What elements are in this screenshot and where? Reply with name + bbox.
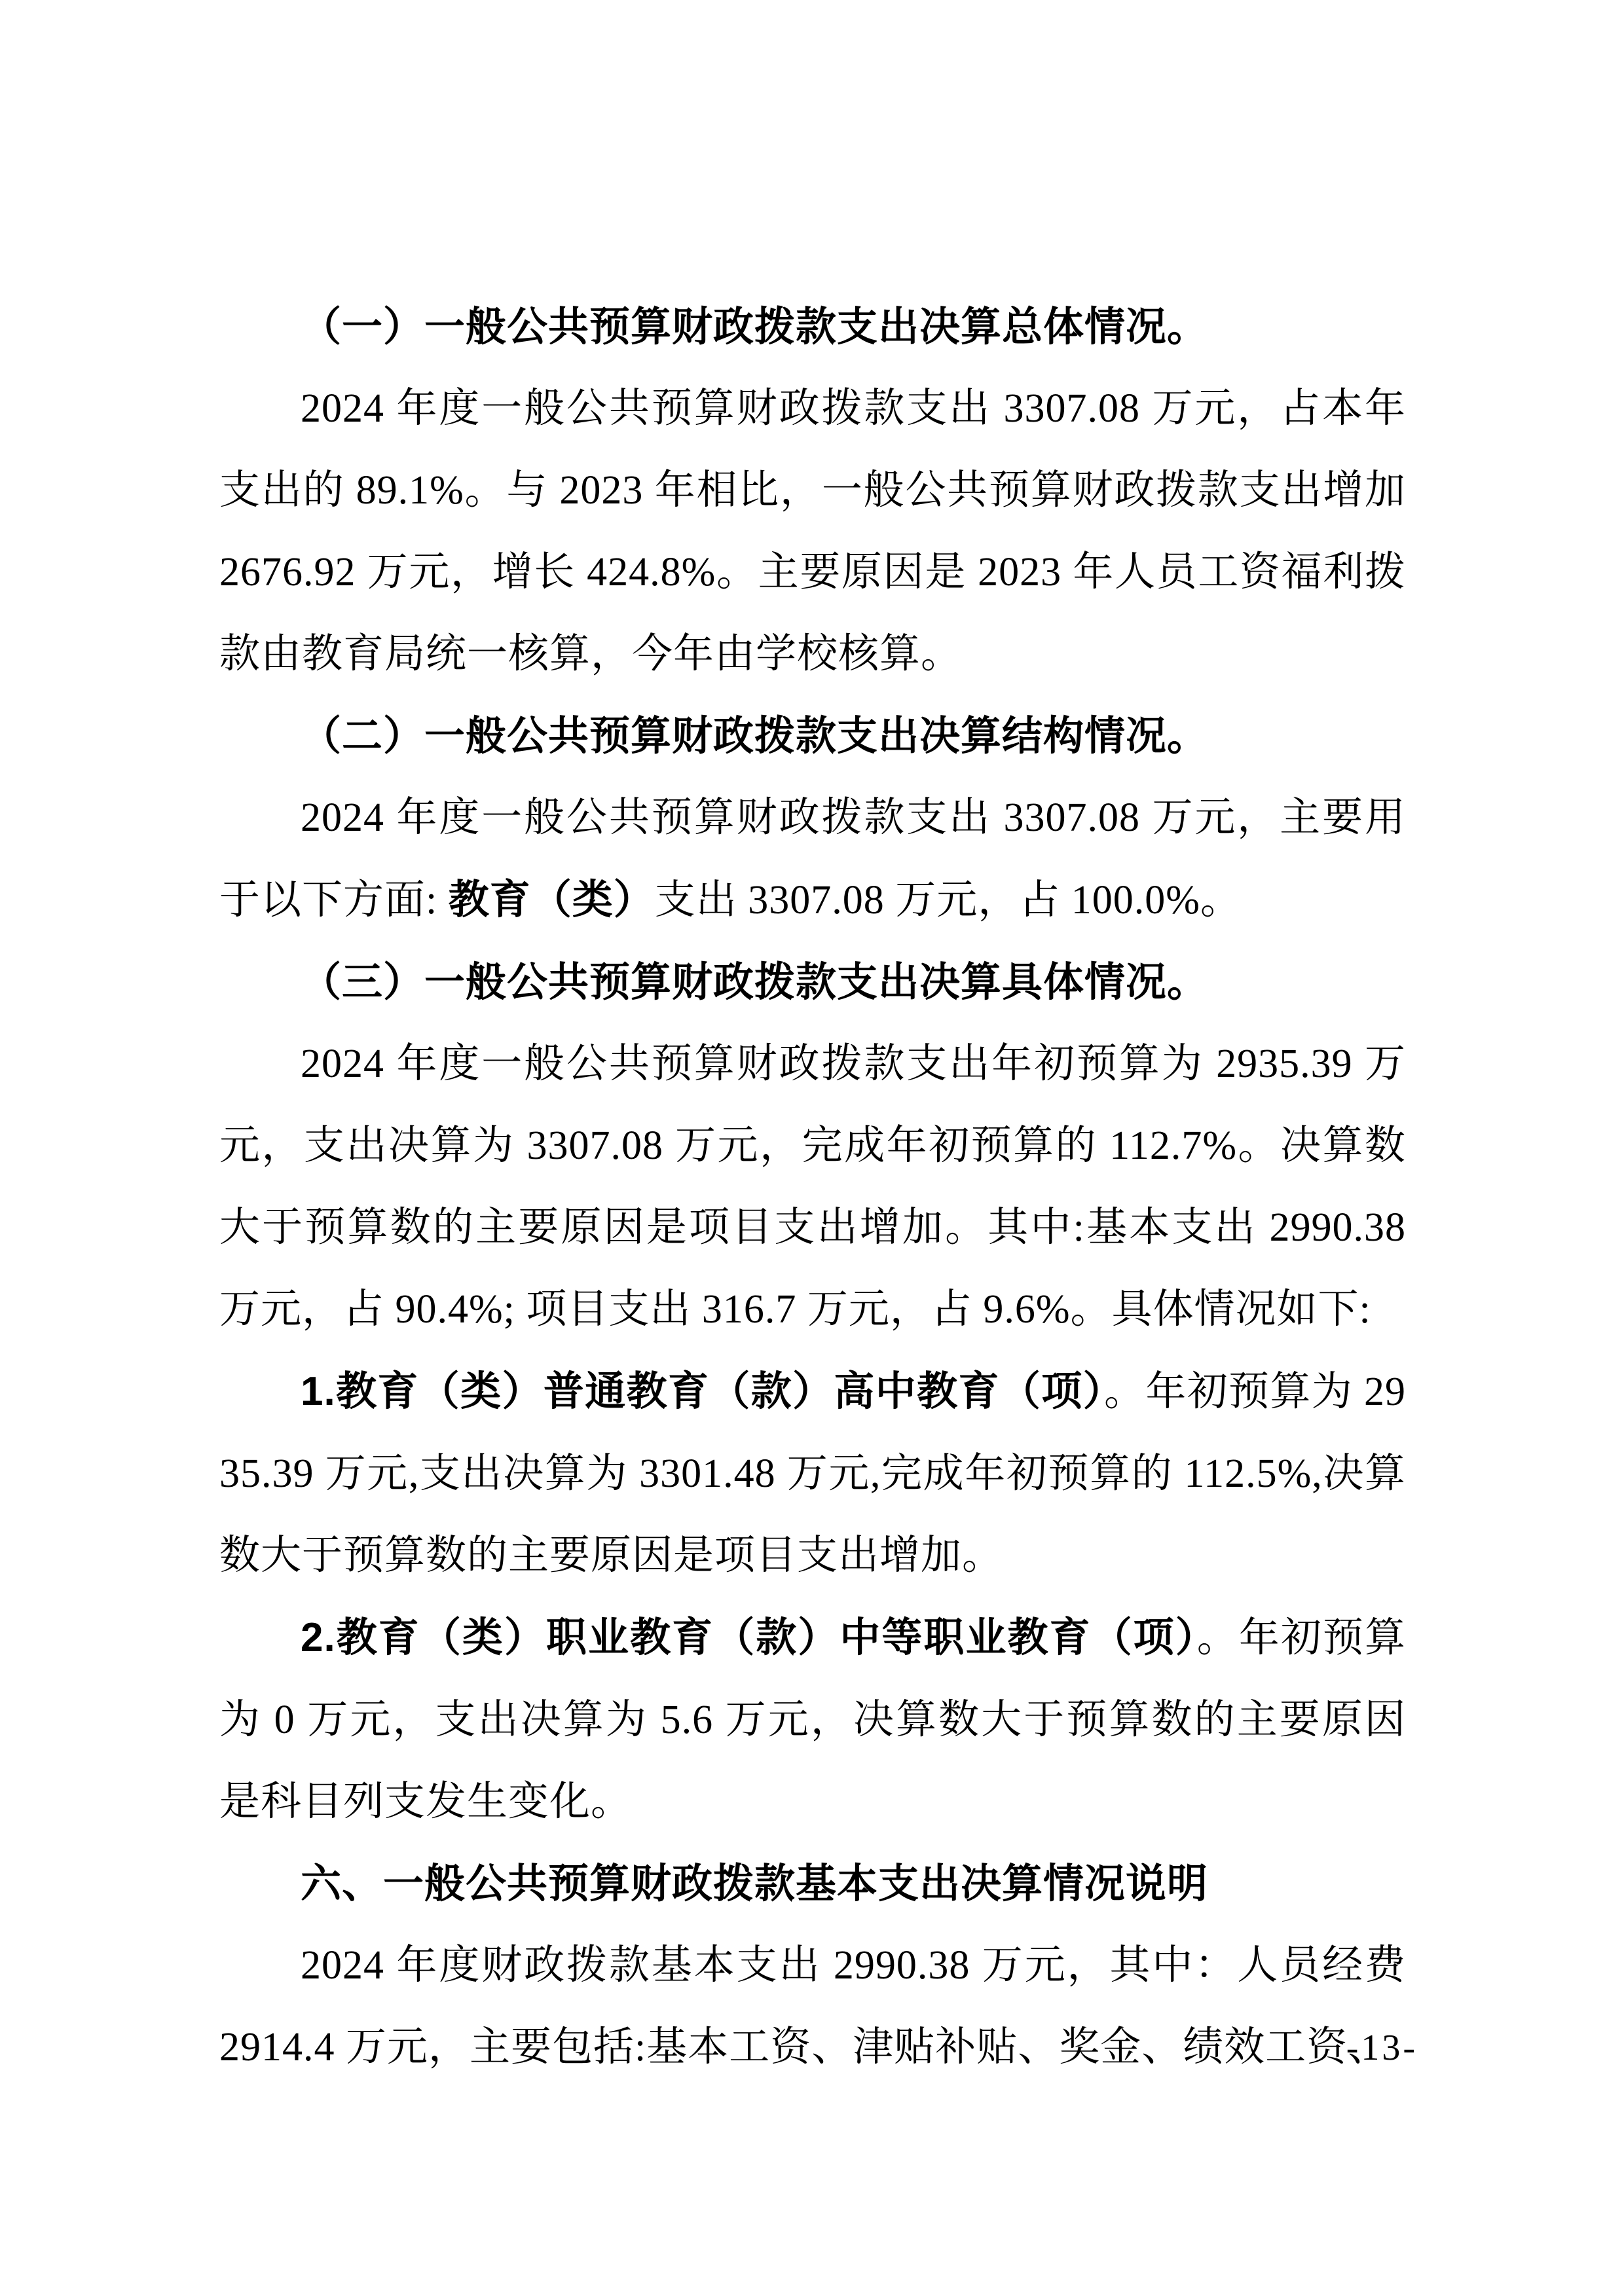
bold-text-run: 教育（类） [449, 877, 655, 922]
paragraph: 2024 年度一般公共预算财政拨款支出 3307.08 万元，主要用于以下方面:… [219, 777, 1406, 941]
text-run: 支出 3307.08 万元，占 100.0%。 [655, 878, 1242, 922]
paragraph: 2024 年度一般公共预算财政拨款支出 3307.08 万元，占本年支出的 89… [219, 368, 1406, 695]
document-body: （一）一般公共预算财政拨款支出决算总体情况。2024 年度一般公共预算财政拨款支… [219, 286, 1406, 2088]
bold-text-run: （一）一般公共预算财政拨款支出决算总体情况。 [301, 304, 1208, 350]
section-heading: 六、一般公共预算财政拨款基本支出决算情况说明 [219, 1843, 1406, 1925]
bold-text-run: （三）一般公共预算财政拨款支出决算具体情况。 [301, 960, 1208, 1005]
section-heading: （一）一般公共预算财政拨款支出决算总体情况。 [219, 286, 1406, 368]
text-run: 2024 年度一般公共预算财政拨款支出 3307.08 万元，占本年支出的 89… [219, 386, 1406, 676]
bold-text-run: （二）一般公共预算财政拨款支出决算结构情况。 [301, 714, 1208, 759]
text-run: 2024 年度一般公共预算财政拨款支出年初预算为 2935.39 万元，支出决算… [219, 1042, 1406, 1332]
paragraph: 2024 年度财政拨款基本支出 2990.38 万元，其中：人员经费 2914.… [219, 1925, 1406, 2088]
section-heading: （三）一般公共预算财政拨款支出决算具体情况。 [219, 941, 1406, 1023]
bold-text-run: 六、一般公共预算财政拨款基本支出决算情况说明 [301, 1861, 1208, 1906]
document-page: （一）一般公共预算财政拨款支出决算总体情况。2024 年度一般公共预算财政拨款支… [0, 0, 1624, 2296]
paragraph: 2.教育（类）职业教育（款）中等职业教育（项）。年初预算为 0 万元，支出决算为… [219, 1597, 1406, 1843]
paragraph: 1.教育（类）普通教育（款）高中教育（项）。年初预算为 2935.39 万元,支… [219, 1351, 1406, 1597]
bold-text-run: 2.教育（类）职业教育（款）中等职业教育（项） [301, 1615, 1197, 1660]
paragraph: 2024 年度一般公共预算财政拨款支出年初预算为 2935.39 万元，支出决算… [219, 1023, 1406, 1351]
bold-text-run: 1.教育（类）普通教育（款）高中教育（项） [301, 1369, 1104, 1414]
page-number: -13- [1346, 2028, 1418, 2068]
text-run: 2024 年度财政拨款基本支出 2990.38 万元，其中：人员经费 2914.… [219, 1943, 1406, 2069]
section-heading: （二）一般公共预算财政拨款支出决算结构情况。 [219, 695, 1406, 777]
